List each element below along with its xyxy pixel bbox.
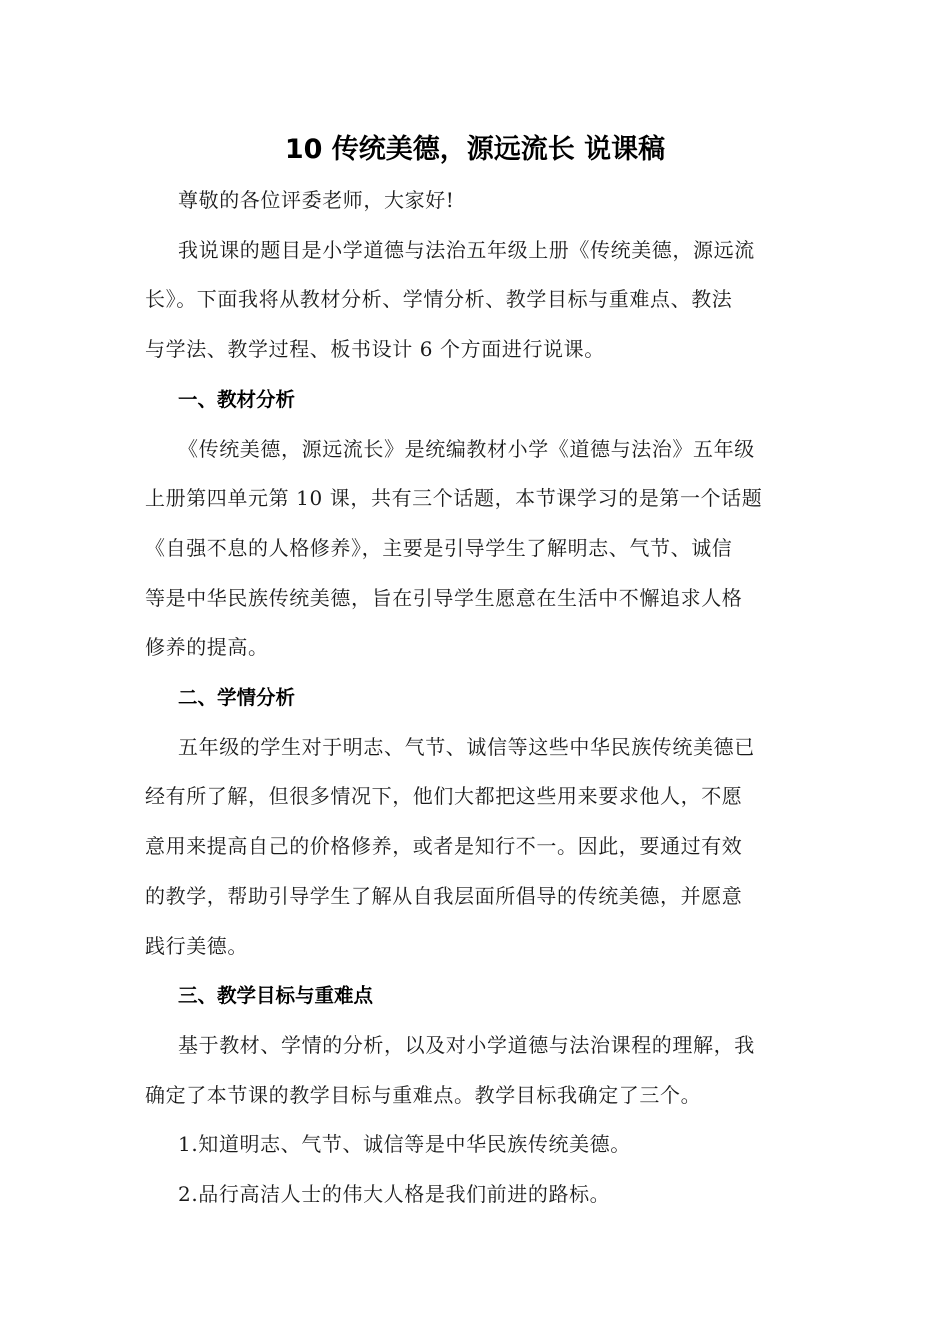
teaching-goals-paragraph: 基于教材、学情的分析，以及对小学道德与法治课程的理解，我 确定了本节课的教学目标… [145,1021,805,1120]
document-page: 10 传统美德，源远流长 说课稿 尊敬的各位评委老师，大家好! 我说课的题目是小… [145,128,805,1220]
textbook-analysis-paragraph: 《传统美德，源远流长》是统编教材小学《道德与法治》五年级 上册第四单元第 10 … [145,425,805,674]
paragraph-line: 我说课的题目是小学道德与法治五年级上册《传统美德，源远流 [145,226,805,276]
goal-list-item: 2.品行高洁人士的伟大人格是我们前进的路标。 [145,1170,805,1220]
paragraph-line: 与学法、教学过程、板书设计 6 个方面进行说课。 [145,325,805,375]
paragraph-line: 践行美德。 [145,922,805,972]
paragraph-line: 《传统美德，源远流长》是统编教材小学《道德与法治》五年级 [145,425,805,475]
paragraph-line: 确定了本节课的教学目标与重难点。教学目标我确定了三个。 [145,1071,805,1121]
student-analysis-paragraph: 五年级的学生对于明志、气节、诚信等这些中华民族传统美德已 经有所了解，但很多情况… [145,723,805,972]
intro-paragraph: 我说课的题目是小学道德与法治五年级上册《传统美德，源远流 长》。下面我将从教材分… [145,226,805,375]
paragraph-line: 经有所了解，但很多情况下，他们大都把这些用来要求他人，不愿 [145,772,805,822]
paragraph-line: 意用来提高自己的价格修养，或者是知行不一。因此，要通过有效 [145,822,805,872]
section-heading-textbook-analysis: 一、教材分析 [145,375,805,425]
document-title: 10 传统美德，源远流长 说课稿 [145,128,805,176]
paragraph-line: 的教学，帮助引导学生了解从自我层面所倡导的传统美德，并愿意 [145,872,805,922]
paragraph-line: 五年级的学生对于明志、气节、诚信等这些中华民族传统美德已 [145,723,805,773]
paragraph-line: 等是中华民族传统美德，旨在引导学生愿意在生活中不懈追求人格 [145,574,805,624]
paragraph-line: 修养的提高。 [145,623,805,673]
teaching-goals-list: 1.知道明志、气节、诚信等是中华民族传统美德。 2.品行高洁人士的伟大人格是我们… [145,1120,805,1219]
paragraph-line: 上册第四单元第 10 课，共有三个话题，本节课学习的是第一个话题 [145,474,805,524]
paragraph-line: 长》。下面我将从教材分析、学情分析、教学目标与重难点、教法 [145,275,805,325]
goal-list-item: 1.知道明志、气节、诚信等是中华民族传统美德。 [145,1120,805,1170]
greeting: 尊敬的各位评委老师，大家好! [145,176,805,226]
section-heading-student-analysis: 二、学情分析 [145,673,805,723]
paragraph-line: 《自强不息的人格修养》，主要是引导学生了解明志、气节、诚信 [145,524,805,574]
section-heading-teaching-goals: 三、教学目标与重难点 [145,971,805,1021]
paragraph-line: 基于教材、学情的分析，以及对小学道德与法治课程的理解，我 [145,1021,805,1071]
